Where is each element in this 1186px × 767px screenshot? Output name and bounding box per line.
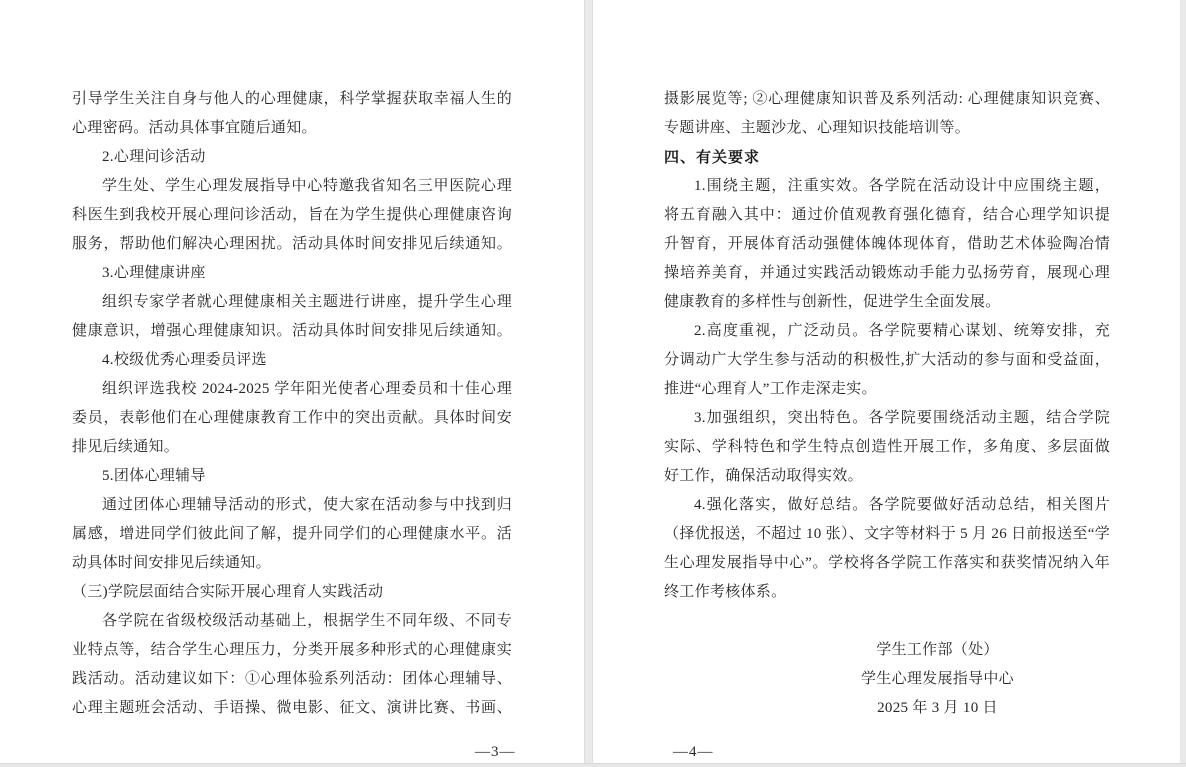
signature-line: 学生工作部（处）: [861, 636, 1014, 665]
text-line: 排见后续通知。: [72, 433, 512, 462]
text-line: 组织专家学者就心理健康相关主题进行讲座，提升学生心理: [72, 288, 512, 317]
text-line: 引导学生关注自身与他人的心理健康，科学掌握获取幸福人生的: [72, 85, 512, 114]
text-block: 引导学生关注自身与他人的心理健康，科学掌握获取幸福人生的心理密码。活动具体事宜随…: [72, 85, 512, 723]
text-line: 2.高度重视，广泛动员。各学院要精心谋划、统筹安排，充: [664, 317, 1110, 346]
text-line: 操培养美育，并通过实践活动锻炼动手能力弘扬劳育，展现心理: [664, 259, 1110, 288]
page-3: 引导学生关注自身与他人的心理健康，科学掌握获取幸福人生的心理密码。活动具体事宜随…: [0, 0, 584, 763]
text-line: 健康意识，增强心理健康知识。活动具体时间安排见后续通知。: [72, 317, 512, 346]
page-number: —3—: [475, 744, 516, 761]
text-line: 践活动。活动建议如下：①心理体验系列活动：团体心理辅导、: [72, 665, 512, 694]
text-line: 将五育融入其中：通过价值观教育强化德育，结合心理学知识提: [664, 201, 1110, 230]
text-line: 属感，增进同学们彼此间了解，提升同学们的心理健康水平。活: [72, 520, 512, 549]
section-heading: 四、有关要求: [664, 143, 1110, 172]
text-line: 委员，表彰他们在心理健康教育工作中的突出贡献。具体时间安: [72, 404, 512, 433]
text-line: 专题讲座、主题沙龙、心理知识技能培训等。: [664, 114, 1110, 143]
text-line: （三)学院层面结合实际开展心理育人实践活动: [72, 578, 512, 607]
text-line: 4.校级优秀心理委员评选: [72, 346, 512, 375]
text-line: 心理密码。活动具体事宜随后通知。: [72, 114, 512, 143]
text-line: （择优报送，不超过 10 张）、文字等材料于 5 月 26 日前报送至“学: [664, 520, 1110, 549]
text-line: 终工作考核体系。: [664, 578, 1110, 607]
signature-block: 学生工作部（处）学生心理发展指导中心2025 年 3 月 10 日: [861, 636, 1014, 723]
page-number: —4—: [673, 744, 714, 761]
text-line: 各学院在省级校级活动基础上，根据学生不同年级、不同专: [72, 607, 512, 636]
text-line: 摄影展览等; ②心理健康知识普及系列活动: 心理健康知识竞赛、: [664, 85, 1110, 114]
text-line: 学生处、学生心理发展指导中心特邀我省知名三甲医院心理: [72, 172, 512, 201]
text-line: 2.心理问诊活动: [72, 143, 512, 172]
text-line: 动具体时间安排见后续通知。: [72, 549, 512, 578]
text-line: 1.围绕主题，注重实效。各学院在活动设计中应围绕主题，: [664, 172, 1110, 201]
text-line: 业特点等，结合学生心理压力，分类开展多种形式的心理健康实: [72, 636, 512, 665]
text-line: 心理主题班会活动、手语操、微电影、征文、演讲比赛、书画、: [72, 694, 512, 723]
text-line: 组织评选我校 2024-2025 学年阳光使者心理委员和十佳心理: [72, 375, 512, 404]
signature-line: 学生心理发展指导中心: [861, 665, 1014, 694]
text-line: 3.心理健康讲座: [72, 259, 512, 288]
text-line: 推进“心理育人”工作走深走实。: [664, 375, 1110, 404]
viewer-bottom-edge: [0, 763, 1186, 767]
text-line: 3.加强组织，突出特色。各学院要围绕活动主题，结合学院: [664, 404, 1110, 433]
text-line: 服务，帮助他们解决心理困扰。活动具体时间安排见后续通知。: [72, 230, 512, 259]
text-line: 分调动广大学生参与活动的积极性,扩大活动的参与面和受益面，: [664, 346, 1110, 375]
text-line: 科医生到我校开展心理问诊活动，旨在为学生提供心理健康咨询: [72, 201, 512, 230]
document-spread: 引导学生关注自身与他人的心理健康，科学掌握获取幸福人生的心理密码。活动具体事宜随…: [0, 0, 1186, 767]
text-line: 实际、学科特色和学生特点创造性开展工作，多角度、多层面做: [664, 433, 1110, 462]
text-line: 通过团体心理辅导活动的形式，使大家在活动参与中找到归: [72, 491, 512, 520]
text-line: 4.强化落实，做好总结。各学院要做好活动总结，相关图片: [664, 491, 1110, 520]
page-4: 摄影展览等; ②心理健康知识普及系列活动: 心理健康知识竞赛、专题讲座、主题沙龙…: [593, 0, 1180, 763]
viewer-right-edge: [1180, 0, 1186, 767]
text-line: 健康教育的多样性与创新性，促进学生全面发展。: [664, 288, 1110, 317]
text-line: 5.团体心理辅导: [72, 462, 512, 491]
signature-line: 2025 年 3 月 10 日: [861, 694, 1014, 723]
text-line: 升智育，开展体育活动强健体魄体现体育，借助艺术体验陶冶情: [664, 230, 1110, 259]
text-block: 摄影展览等; ②心理健康知识普及系列活动: 心理健康知识竞赛、专题讲座、主题沙龙…: [664, 85, 1110, 723]
page-gutter: [584, 0, 593, 767]
text-line: 好工作，确保活动取得实效。: [664, 462, 1110, 491]
text-line: 生心理发展指导中心”。学校将各学院工作落实和获奖情况纳入年: [664, 549, 1110, 578]
